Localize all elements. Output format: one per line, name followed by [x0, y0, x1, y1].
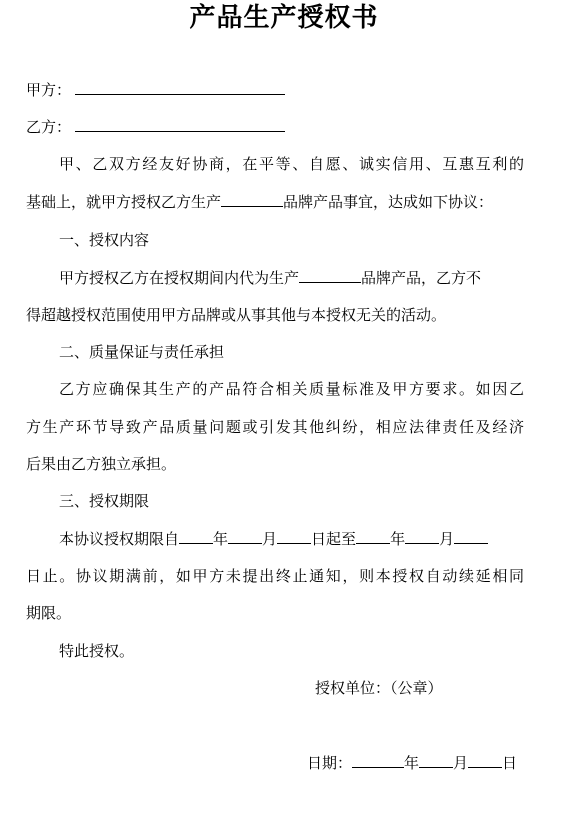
- section-2-heading: 二、质量保证与责任承担: [59, 342, 224, 362]
- section-1-heading: 一、授权内容: [59, 230, 149, 250]
- end-day-blank[interactable]: [454, 529, 488, 544]
- party-b-row: 乙方：: [26, 117, 285, 137]
- intro-line-1: 甲、乙双方经友好协商，在平等、自愿、诚实信用、互惠互利的: [59, 154, 524, 174]
- brand-blank-2[interactable]: [299, 268, 361, 283]
- party-b-blank[interactable]: [75, 117, 285, 132]
- section-1-line-1: 甲方授权乙方在授权期间内代为生产品牌产品，乙方不: [59, 268, 481, 288]
- sign-year-label: 年: [404, 754, 419, 772]
- intro-line-2-before: 基础上，就甲方授权乙方生产: [26, 193, 221, 211]
- end-month-label: 月: [439, 530, 454, 548]
- party-a-label: 甲方：: [26, 81, 71, 99]
- start-year-label: 年: [213, 530, 228, 548]
- party-b-label: 乙方：: [26, 118, 71, 136]
- section-1-line-2: 得超越授权范围使用甲方品牌或从事其他与本授权无关的活动。: [26, 305, 446, 325]
- end-month-blank[interactable]: [405, 529, 439, 544]
- intro-line-2-after: 品牌产品事宜，达成如下协议：: [283, 193, 493, 211]
- sign-day-label: 日: [502, 754, 517, 772]
- end-year-blank[interactable]: [356, 529, 390, 544]
- start-day-label: 日起至: [311, 530, 356, 548]
- sign-year-blank[interactable]: [352, 753, 404, 768]
- term-prefix: 本协议授权期限自: [59, 530, 179, 548]
- start-month-label: 月: [262, 530, 277, 548]
- authorizing-unit-label: 授权单位：（公章）: [315, 678, 443, 698]
- party-a-blank[interactable]: [75, 80, 285, 95]
- section-3-line-2: 日止。协议期满前，如甲方未提出终止通知，则本授权自动续延相同: [26, 566, 524, 586]
- start-month-blank[interactable]: [228, 529, 262, 544]
- section-3-line-1: 本协议授权期限自年月日起至年月: [59, 529, 488, 549]
- start-year-blank[interactable]: [179, 529, 213, 544]
- intro-line-2: 基础上，就甲方授权乙方生产品牌产品事宜，达成如下协议：: [26, 192, 493, 212]
- section-3-line-3: 期限。: [26, 603, 71, 623]
- section-1-line-1-after: 品牌产品，乙方不: [361, 269, 481, 287]
- start-day-blank[interactable]: [277, 529, 311, 544]
- brand-blank-1[interactable]: [221, 192, 283, 207]
- document-title: 产品生产授权书: [0, 2, 568, 34]
- end-year-label: 年: [390, 530, 405, 548]
- closing-text: 特此授权。: [59, 641, 134, 661]
- section-2-line-2: 方生产环节导致产品质量问题或引发其他纠纷，相应法律责任及经济: [26, 417, 524, 437]
- sign-month-label: 月: [453, 754, 468, 772]
- section-2-line-3: 后果由乙方独立承担。: [26, 454, 176, 474]
- section-3-heading: 三、授权期限: [59, 491, 149, 511]
- sign-day-blank[interactable]: [468, 753, 502, 768]
- signature-date-row: 日期：年月日: [307, 753, 517, 773]
- section-2-line-1: 乙方应确保其生产的产品符合相关质量标准及甲方要求。如因乙: [59, 379, 524, 399]
- date-label: 日期：: [307, 754, 352, 772]
- section-1-line-1-before: 甲方授权乙方在授权期间内代为生产: [59, 269, 299, 287]
- document-page: 产品生产授权书 甲方： 乙方： 甲、乙双方经友好协商，在平等、自愿、诚实信用、互…: [0, 0, 568, 821]
- sign-month-blank[interactable]: [419, 753, 453, 768]
- party-a-row: 甲方：: [26, 80, 285, 100]
